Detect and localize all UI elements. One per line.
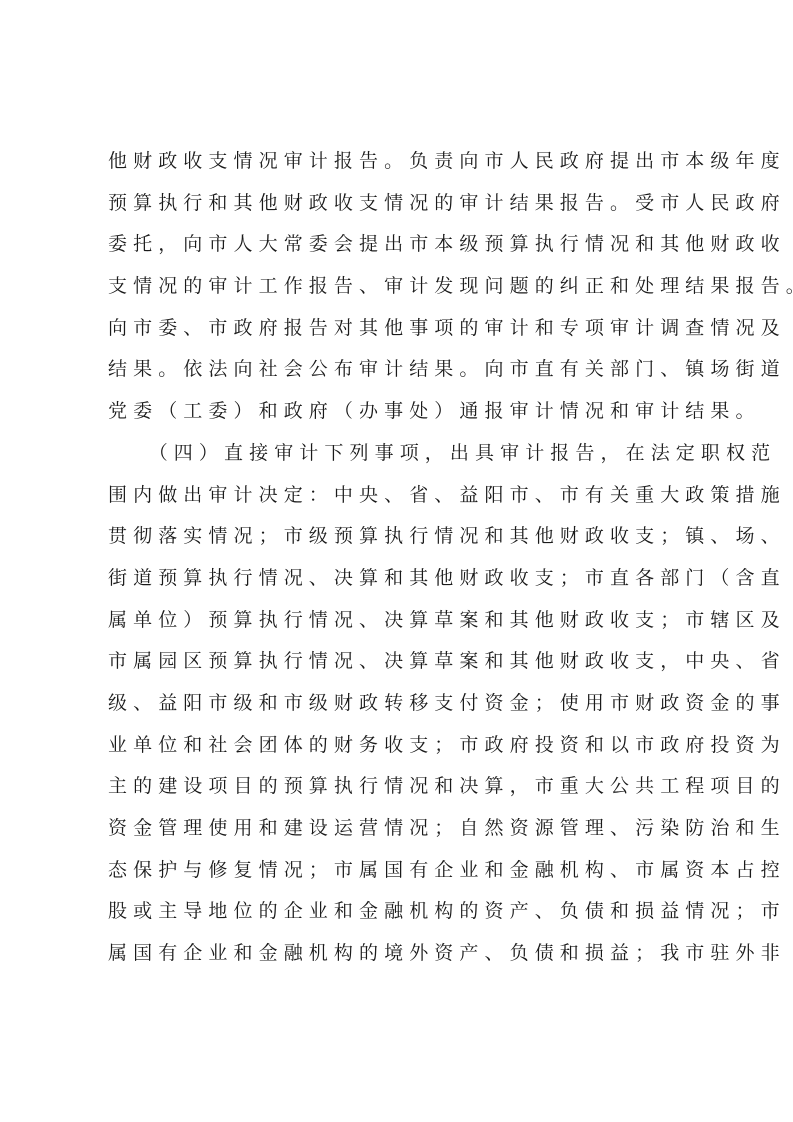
text-line: 贯彻落实情况；市级预算执行情况和其他财政收支；镇、场、 (108, 516, 708, 558)
text-line: 预算执行和其他财政收支情况的审计结果报告。受市人民政府 (108, 183, 708, 225)
text-line: 向市委、市政府报告对其他事项的审计和专项审计调查情况及 (108, 308, 708, 350)
text-line: 资金管理使用和建设运营情况；自然资源管理、污染防治和生 (108, 808, 708, 850)
paragraph-start-line: （四）直接审计下列事项，出具审计报告，在法定职权范 (108, 433, 708, 475)
text-line: 股或主导地位的企业和金融机构的资产、负债和损益情况；市 (108, 891, 708, 933)
text-line: 级、益阳市级和市级财政转移支付资金；使用市财政资金的事 (108, 683, 708, 725)
text-line: 党委（工委）和政府（办事处）通报审计情况和审计结果。 (108, 391, 708, 433)
text-line: 支情况的审计工作报告、审计发现问题的纠正和处理结果报告。 (108, 266, 708, 308)
text-line: 属单位）预算执行情况、决算草案和其他财政收支；市辖区及 (108, 600, 708, 642)
text-line: 业单位和社会团体的财务收支；市政府投资和以市政府投资为 (108, 725, 708, 767)
text-line: 态保护与修复情况；市属国有企业和金融机构、市属资本占控 (108, 850, 708, 892)
document-page: 他财政收支情况审计报告。负责向市人民政府提出市本级年度 预算执行和其他财政收支情… (0, 0, 793, 1122)
text-line: 结果。依法向社会公布审计结果。向市直有关部门、镇场街道 (108, 349, 708, 391)
text-line: 市属园区预算执行情况、决算草案和其他财政收支，中央、省 (108, 641, 708, 683)
text-line: 街道预算执行情况、决算和其他财政收支；市直各部门（含直 (108, 558, 708, 600)
text-line: 主的建设项目的预算执行情况和决算，市重大公共工程项目的 (108, 766, 708, 808)
body-text: 他财政收支情况审计报告。负责向市人民政府提出市本级年度 预算执行和其他财政收支情… (108, 141, 708, 975)
text-line: 属国有企业和金融机构的境外资产、负债和损益；我市驻外非 (108, 933, 708, 975)
text-line: 他财政收支情况审计报告。负责向市人民政府提出市本级年度 (108, 141, 708, 183)
text-line: 委托，向市人大常委会提出市本级预算执行情况和其他财政收 (108, 224, 708, 266)
text-line: 围内做出审计决定：中央、省、益阳市、市有关重大政策措施 (108, 475, 708, 517)
